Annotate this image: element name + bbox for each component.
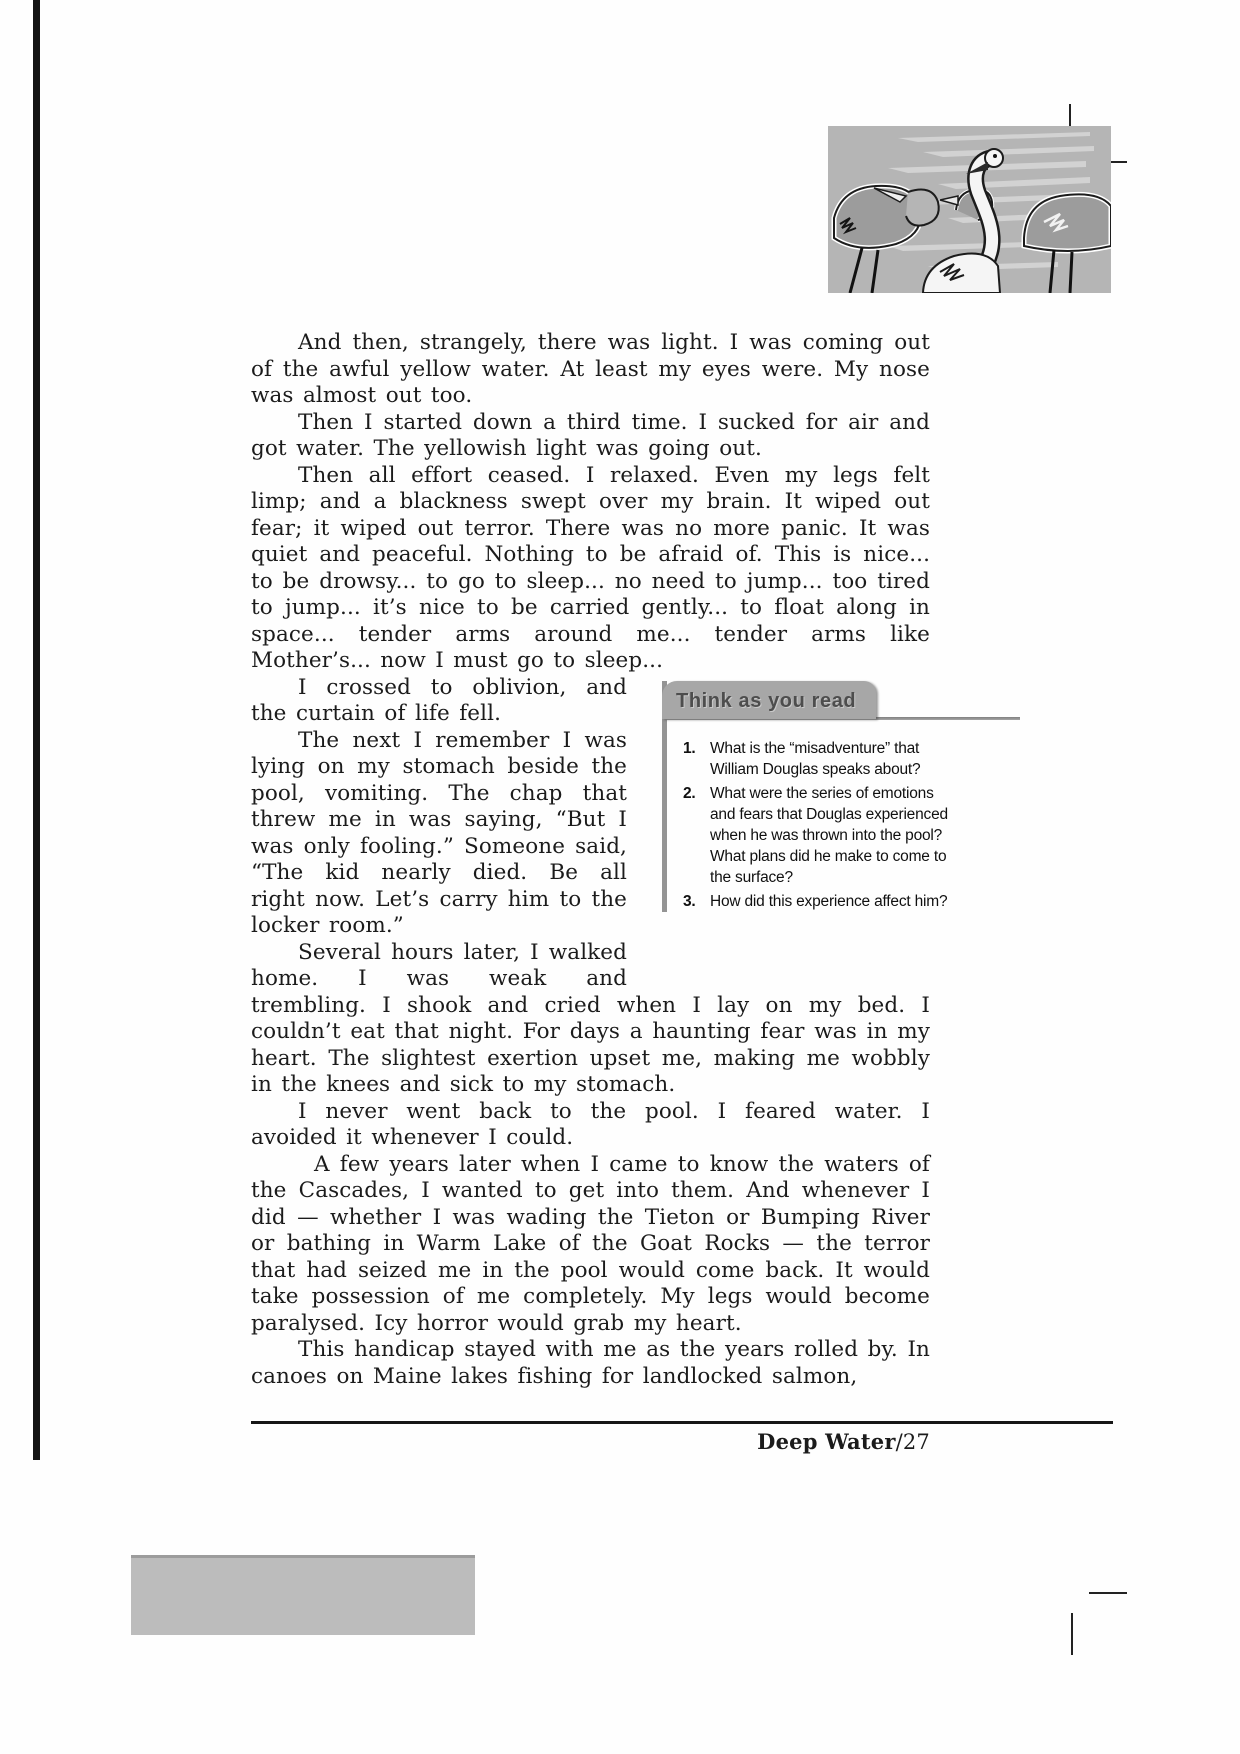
bottom-gray-block	[131, 1555, 475, 1635]
flamingos-illustration	[828, 126, 1111, 293]
question-text: What were the series of emotions and fea…	[710, 783, 951, 888]
question-item: 3. How did this experience affect him?	[683, 891, 951, 912]
think-as-you-read-box: Think as you read 1. What is the “misadv…	[635, 675, 1015, 993]
paragraph: Then all effort ceased. I relaxed. Even …	[251, 463, 930, 675]
textbook-page: And then, strangely, there was light. I …	[0, 0, 1240, 1754]
question-text: How did this experience affect him?	[710, 891, 951, 912]
question-item: 2. What were the series of emotions and …	[683, 783, 951, 888]
paragraph: I never went back to the pool. I feared …	[251, 1099, 930, 1152]
footer-rule	[251, 1421, 1113, 1424]
question-number: 1.	[683, 738, 701, 780]
page-edge-bleed-strip	[33, 0, 40, 1460]
paragraph: And then, strangely, there was light. I …	[251, 330, 930, 410]
paragraph: This handicap stayed with me as the year…	[251, 1337, 930, 1390]
question-item: 1. What is the “misadventure” that Willi…	[683, 738, 951, 780]
crop-mark-bottom-horizontal	[1089, 1592, 1127, 1594]
page-number: /27	[896, 1430, 930, 1454]
paragraph: Then I started down a third time. I suck…	[251, 410, 930, 463]
question-number: 2.	[683, 783, 701, 888]
question-number: 3.	[683, 891, 701, 912]
question-text: What is the “misadventure” that William …	[710, 738, 951, 780]
chapter-title: Deep Water	[757, 1429, 895, 1454]
think-box-questions: 1. What is the “misadventure” that Willi…	[667, 720, 1015, 912]
paragraph: A few years later when I came to know th…	[251, 1152, 930, 1338]
body-text: And then, strangely, there was light. I …	[251, 330, 930, 1390]
crop-mark-bottom-vertical	[1071, 1613, 1073, 1655]
think-box-title: Think as you read	[662, 681, 876, 720]
page-footer: Deep Water/27	[251, 1429, 930, 1454]
